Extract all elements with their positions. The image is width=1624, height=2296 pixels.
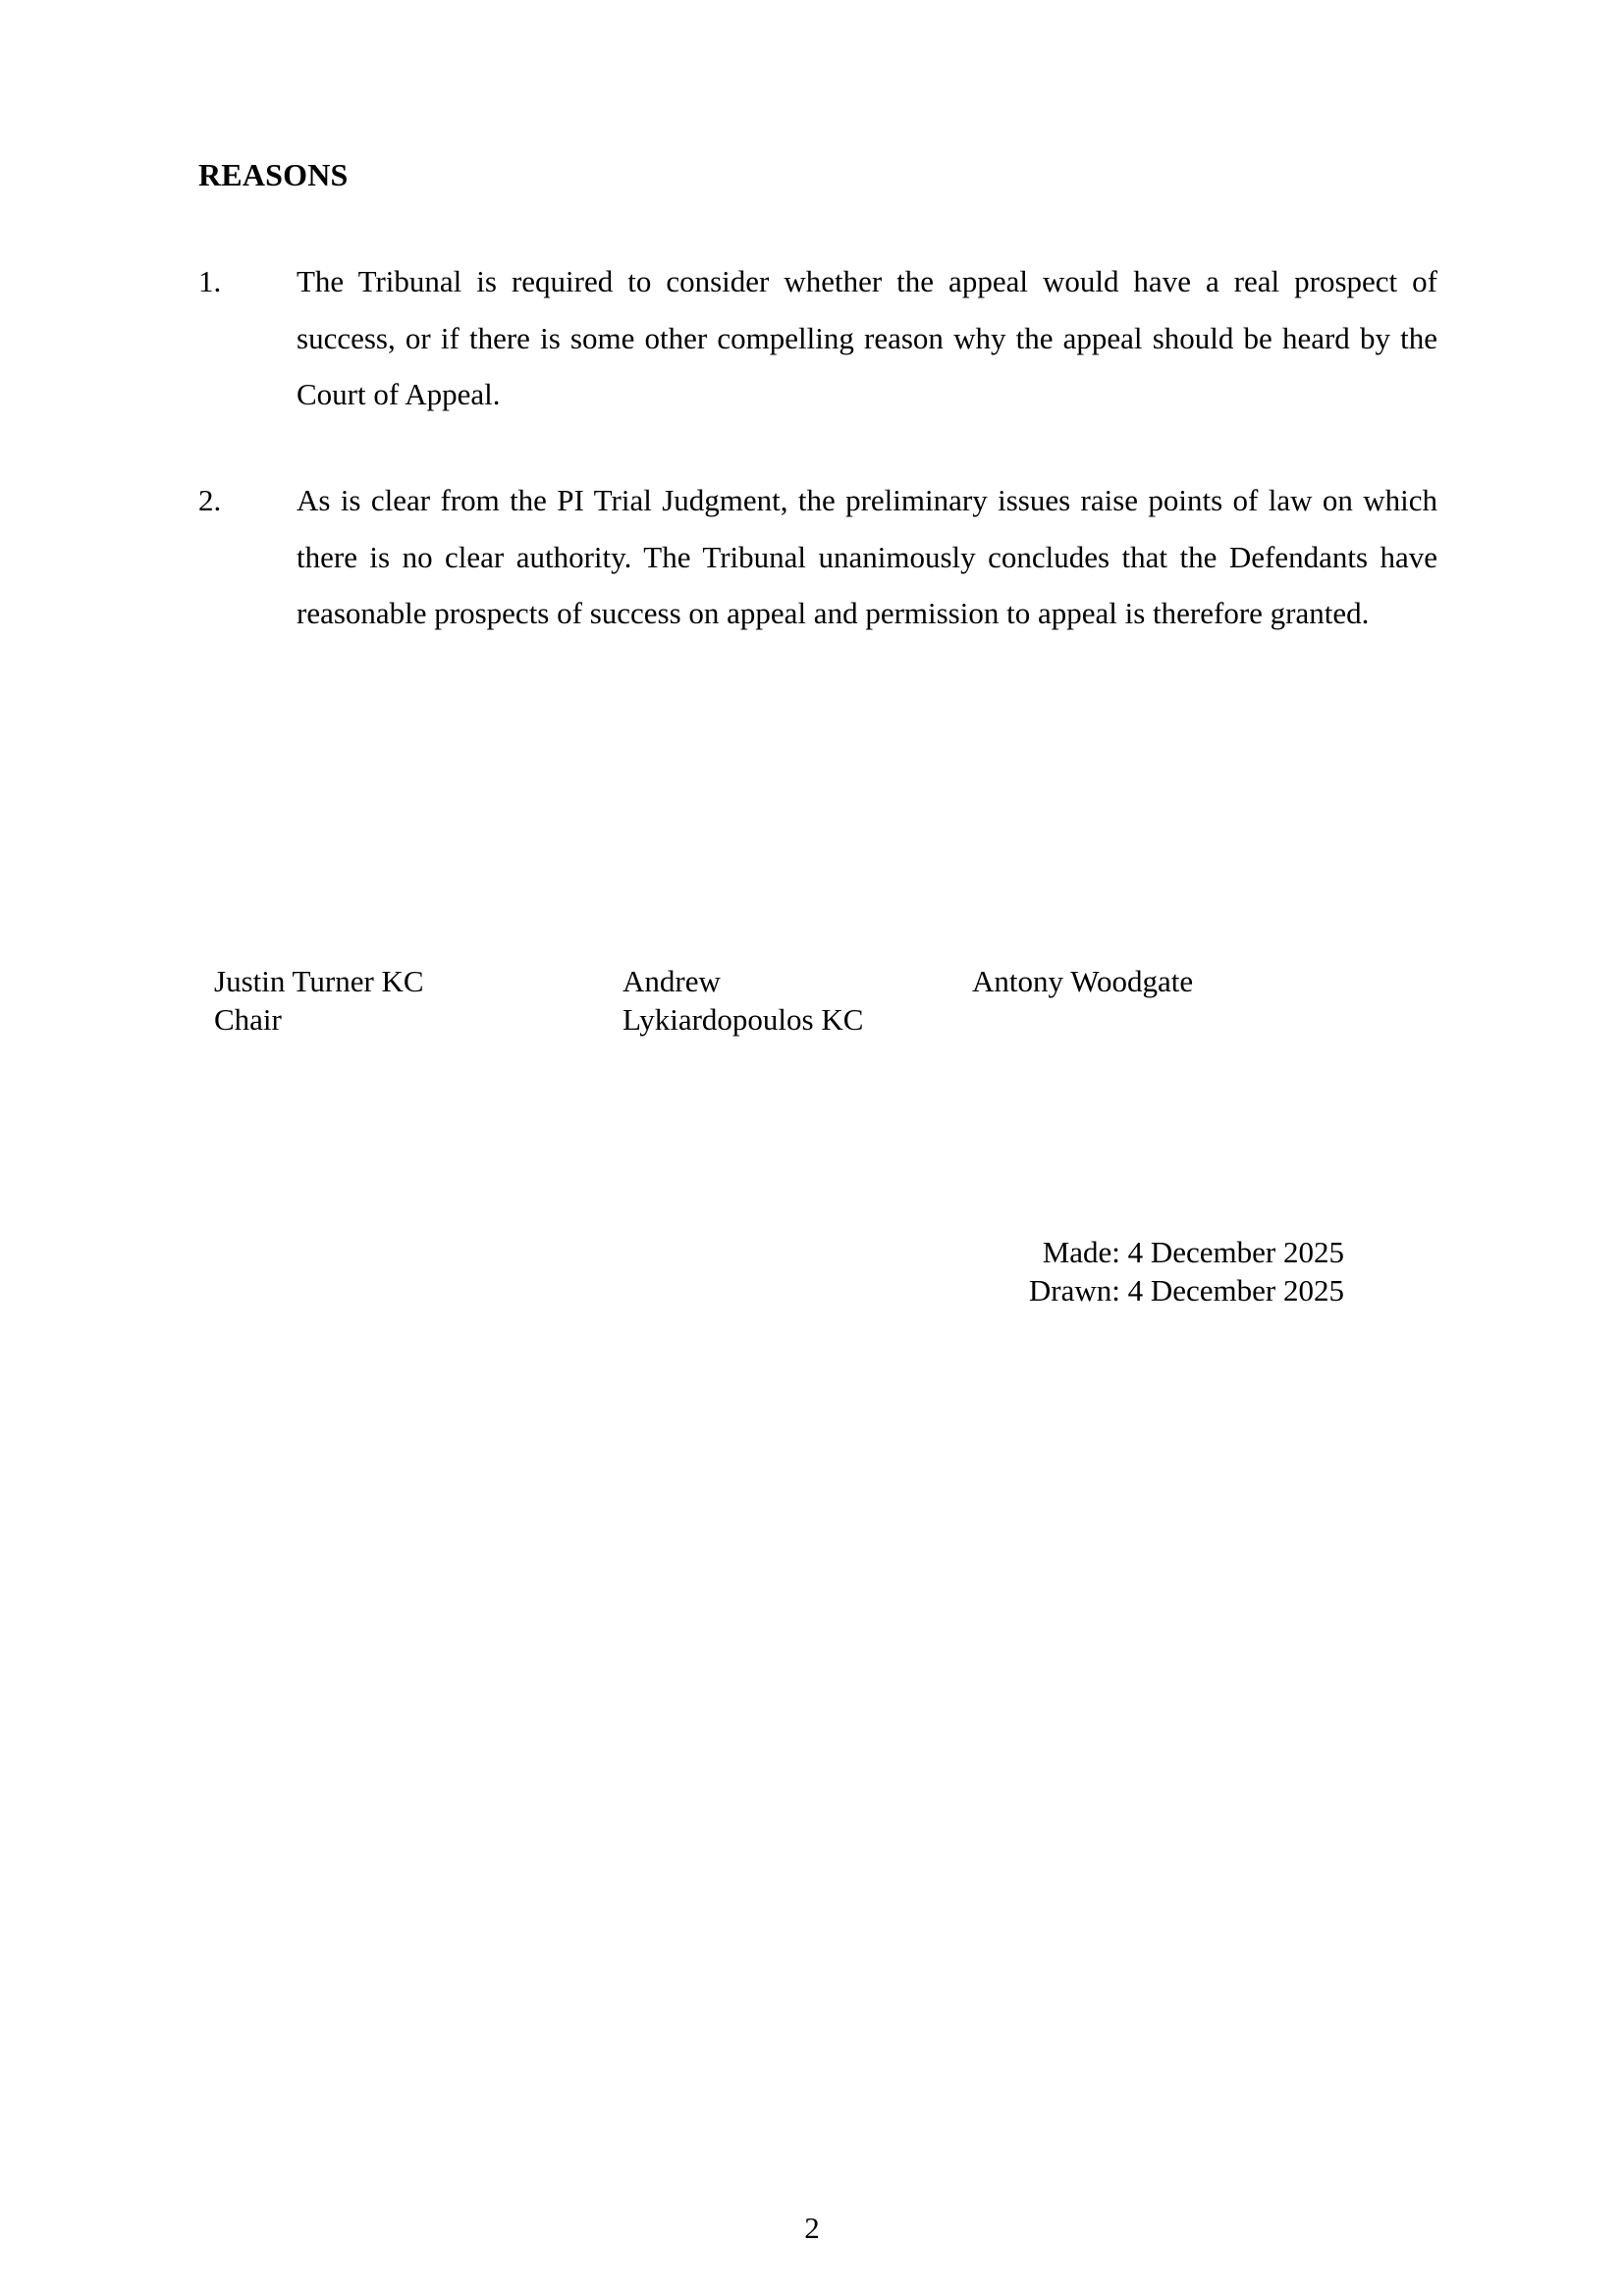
drawn-date: Drawn: 4 December 2025 [1029, 1271, 1344, 1309]
section-heading: REASONS [198, 157, 349, 193]
signatory-name-line1: Andrew [623, 962, 863, 1000]
signatory-member-2: Andrew Lykiardopoulos KC [623, 962, 863, 1039]
paragraph-number: 1. [198, 253, 221, 310]
signatory-chair: Justin Turner KC Chair [214, 962, 424, 1039]
order-dates: Made: 4 December 2025 Drawn: 4 December … [1029, 1233, 1344, 1309]
paragraph-1: 1. The Tribunal is required to consider … [198, 253, 1437, 423]
made-date: Made: 4 December 2025 [1029, 1233, 1344, 1271]
signatory-member-3: Antony Woodgate [972, 962, 1193, 1000]
signatory-name-line2: Lykiardopoulos KC [623, 1000, 863, 1039]
paragraph-2: 2. As is clear from the PI Trial Judgmen… [198, 472, 1437, 642]
signatory-name: Antony Woodgate [972, 962, 1193, 1000]
paragraph-text: The Tribunal is required to consider whe… [297, 253, 1437, 423]
signatory-name: Justin Turner KC [214, 962, 424, 1000]
paragraph-number: 2. [198, 472, 221, 529]
paragraph-text: As is clear from the PI Trial Judgment, … [297, 472, 1437, 642]
signatory-role: Chair [214, 1000, 424, 1039]
page-number: 2 [0, 2211, 1624, 2246]
